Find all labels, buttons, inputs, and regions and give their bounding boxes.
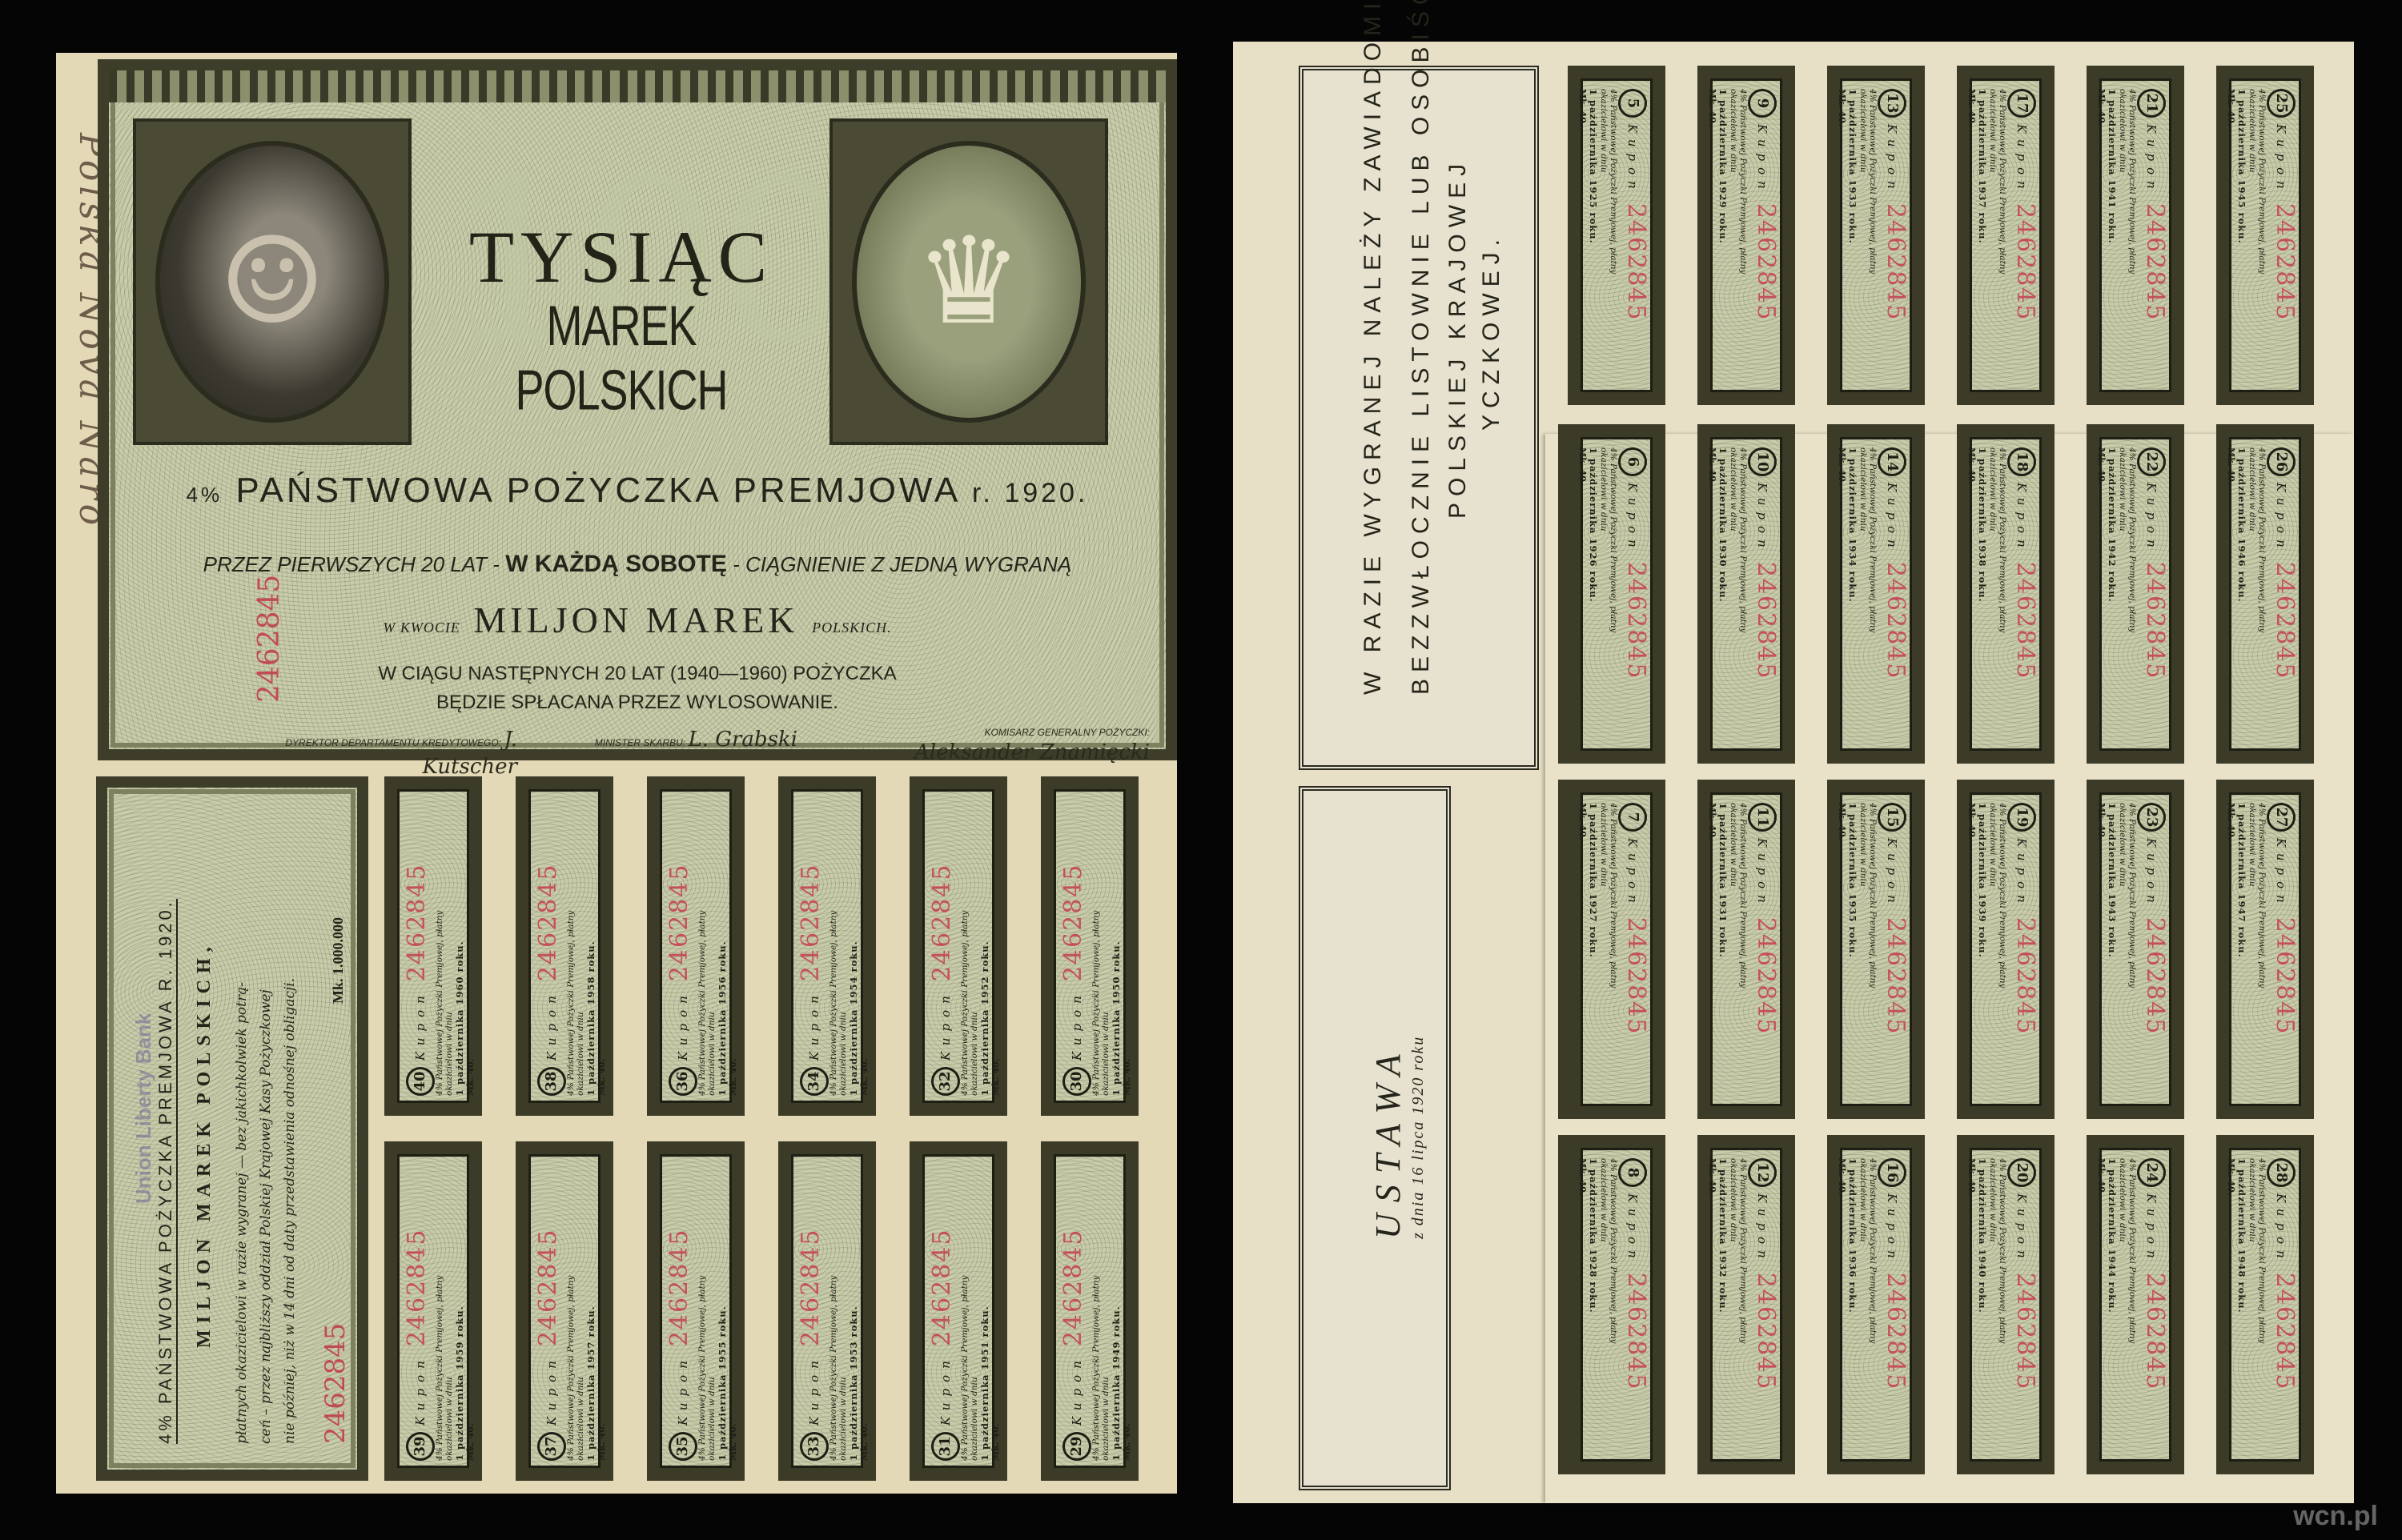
coupon-text: okazicielowi w dniu <box>1599 447 1609 680</box>
coupon-text: okazicielowi w dniu <box>1988 1158 1998 1390</box>
coupon-label: Kupon <box>2144 1193 2159 1265</box>
coupon-serial: 2462845 <box>1752 203 1780 322</box>
crowned-eagle-icon: ♛ <box>915 222 1022 342</box>
coupon-label: Kupon <box>2014 1193 2029 1265</box>
coupon-date: 1 października 1927 roku. <box>1588 803 1599 1035</box>
coupon-date: 1 października 1944 roku. <box>2107 1158 2118 1390</box>
coupon-number: 39 <box>406 1432 435 1461</box>
denomination-subtitle: MAREK POLSKICH <box>445 294 797 423</box>
signature-loan-commissioner: KOMISARZ GENERALNY POŻYCZKI: Aleksander … <box>878 727 1150 766</box>
coupon-number: 35 <box>669 1432 697 1461</box>
coupon-date: 1 października 1960 roku. <box>454 864 465 1096</box>
coupon-label: Kupon <box>2274 483 2288 554</box>
coupon-10: 10Kupon24628454% Państwowej Pożyczki Pre… <box>1697 424 1795 764</box>
coupon-34: 34Kupon24628454% Państwowej Pożyczki Pre… <box>778 776 876 1116</box>
coupon-value: Mk. 40. <box>1966 803 1977 1035</box>
coupon-text: okazicielowi w dniu <box>1858 447 1868 680</box>
coupon-date: 1 października 1950 roku. <box>1111 864 1122 1096</box>
signature-treasury-minister: MINISTER SKARBU: L. Grabski <box>557 727 797 754</box>
coupon-serial: 2462845 <box>2011 203 2039 322</box>
coupon-value: Mk. 40. <box>728 864 738 1096</box>
coupon-date: 1 października 1925 roku. <box>1588 89 1599 321</box>
coupon-number: 15 <box>1878 803 1906 832</box>
coupon-value: Mk. 40. <box>728 1229 738 1461</box>
coupon-text: 4% Państwowej Pożyczki Premjowej, płatny <box>566 1229 576 1461</box>
stub-text-line: nie później, niż w 14 dni od daty przeds… <box>282 978 298 1444</box>
notice-line: BEZZWŁOCZNIE LISTOWNIE LUB OSOBIŚCIE <box>1408 0 1435 695</box>
coupon-serial: 2462845 <box>797 1229 825 1347</box>
coupon-value: Mk. 40. <box>859 864 870 1096</box>
coupon-value: Mk. 40. <box>2226 803 2236 1035</box>
coupon-text: 4% Państwowej Pożyczki Premjowej, płatny <box>2257 1158 2267 1390</box>
coupon-number: 23 <box>2137 803 2166 832</box>
coupon-15: 15Kupon24628454% Państwowej Pożyczki Pre… <box>1827 780 1925 1119</box>
coupon-number: 20 <box>2007 1158 2036 1187</box>
law-panel: USTAWA z dnia 16 lipca 1920 roku <box>1299 786 1451 1490</box>
coupon-7: 7Kupon24628454% Państwowej Pożyczki Prem… <box>1568 780 1665 1119</box>
coupon-value: Mk. 40. <box>465 1229 476 1461</box>
coupon-number: 18 <box>2007 447 2036 476</box>
coupon-text: 4% Państwowej Pożyczki Premjowej, płatny <box>2257 89 2267 321</box>
coupon-value: Mk. 40. <box>2096 447 2107 680</box>
coupon-value: Mk. 40. <box>1577 803 1588 1035</box>
coupon-number: 37 <box>537 1432 566 1461</box>
coupon-number: 33 <box>800 1432 829 1461</box>
coupon-text: 4% Państwowej Pożyczki Premjowej, płatny <box>829 864 838 1096</box>
coupon-value: Mk. 40. <box>1577 1158 1588 1390</box>
coupon-date: 1 października 1941 roku. <box>2107 89 2118 321</box>
coupon-text: okazicielowi w dniu <box>1599 89 1609 321</box>
eagle-medallion: ♛ <box>829 118 1108 445</box>
coupon-text: okazicielowi w dniu <box>1729 447 1738 680</box>
coupon-date: 1 października 1945 roku. <box>2236 89 2247 321</box>
coupon-text: 4% Państwowej Pożyczki Premjowej, płatny <box>1998 89 2007 321</box>
coupon-date: 1 października 1951 roku. <box>979 1229 990 1461</box>
coupon-serial: 2462845 <box>534 864 562 982</box>
coupon-text: 4% Państwowej Pożyczki Premjowej, płatny <box>1998 1158 2007 1390</box>
coupon-label: Kupon <box>676 989 690 1061</box>
coupon-value: Mk. 40. <box>1966 89 1977 321</box>
coupon-value: Mk. 40. <box>596 864 607 1096</box>
coupon-number: 6 <box>1618 447 1647 476</box>
coupon-label: Kupon <box>2144 838 2159 909</box>
coupon-value: Mk. 40. <box>1707 803 1717 1035</box>
coupon-number: 30 <box>1062 1067 1091 1096</box>
coupon-value: Mk. 40. <box>1122 1229 1132 1461</box>
coupon-label: Kupon <box>1755 838 1769 909</box>
stub-text-line: ceń – przez najbliższy oddział Polskiej … <box>258 989 274 1444</box>
coupon-text: 4% Państwowej Pożyczki Premjowej, płatny <box>1738 803 1748 1035</box>
coupon-serial: 2462845 <box>1752 917 1780 1036</box>
coupon-number: 7 <box>1618 803 1647 832</box>
coupon-text: okazicielowi w dniu <box>2247 89 2257 321</box>
coupon-text: 4% Państwowej Pożyczki Premjowej, płatny <box>1609 1158 1618 1390</box>
coupon-label: Kupon <box>2274 1193 2288 1265</box>
coupon-21: 21Kupon24628454% Państwowej Pożyczki Pre… <box>2087 66 2184 405</box>
coupon-text: okazicielowi w dniu <box>1858 1158 1868 1390</box>
coupon-serial: 2462845 <box>1622 562 1650 680</box>
coupon-8: 8Kupon24628454% Państwowej Pożyczki Prem… <box>1568 1135 1665 1474</box>
coupon-date: 1 października 1942 roku. <box>2107 447 2118 680</box>
denomination-panel: 1000 TYSIĄC MAREK POLSKICH <box>445 118 797 439</box>
coupon-date: 1 października 1949 roku. <box>1111 1229 1122 1461</box>
coupon-text: 4% Państwowej Pożyczki Premjowej, płatny <box>697 1229 707 1461</box>
coupon-text: okazicielowi w dniu <box>2118 1158 2127 1390</box>
coupon-label: Kupon <box>2274 838 2288 909</box>
coupon-serial: 2462845 <box>1622 203 1650 322</box>
coupon-serial: 2462845 <box>665 1229 693 1347</box>
coupon-date: 1 października 1933 roku. <box>1847 89 1858 321</box>
coupon-label: Kupon <box>2144 483 2159 554</box>
law-date: z dnia 16 lipca 1920 roku <box>1409 1036 1428 1239</box>
coupon-number: 34 <box>800 1067 829 1096</box>
coupon-date: 1 października 1946 roku. <box>2236 447 2247 680</box>
coupon-text: okazicielowi w dniu <box>2118 447 2127 680</box>
coupon-value: Mk. 40. <box>2096 89 2107 321</box>
coupon-text: 4% Państwowej Pożyczki Premjowej, płatny <box>2127 1158 2137 1390</box>
coupon-serial: 2462845 <box>1882 917 1910 1036</box>
coupon-label: Kupon <box>413 989 428 1061</box>
coupon-33: 33Kupon24628454% Państwowej Pożyczki Pre… <box>778 1141 876 1481</box>
coupon-value: Mk. 40. <box>1577 447 1588 680</box>
coupon-text: okazicielowi w dniu <box>1101 1229 1111 1461</box>
stub-value: Mk. 1.000.000 <box>330 917 347 1004</box>
coupon-label: Kupon <box>544 1354 559 1426</box>
coupon-number: 16 <box>1878 1158 1906 1187</box>
coupon-date: 1 października 1938 roku. <box>1977 447 1988 680</box>
coupon-serial: 2462845 <box>1882 562 1910 680</box>
coupon-label: Kupon <box>1070 1354 1084 1426</box>
coupon-text: okazicielowi w dniu <box>2118 803 2127 1035</box>
loan-title: 4% PAŃSTWOWA POŻYCZKA PREMJOWA r. 1920. <box>109 471 1166 511</box>
coupon-text: 4% Państwowej Pożyczki Premjowej, płatny <box>1609 89 1618 321</box>
coupon-label: Kupon <box>1885 124 1899 195</box>
stub-title: 4% PAŃSTWOWA POŻYCZKA PREMJOWA R. 1920. <box>155 899 178 1444</box>
coupon-label: Kupon <box>938 1354 953 1426</box>
coupon-23: 23Kupon24628454% Państwowej Pożyczki Pre… <box>2087 780 2184 1119</box>
site-watermark: wcn.pl <box>2293 1501 2378 1532</box>
coupon-text: 4% Państwowej Pożyczki Premjowej, płatny <box>1998 447 2007 680</box>
coupon-label: Kupon <box>1070 989 1084 1061</box>
coupon-number: 22 <box>2137 447 2166 476</box>
bond-stub: Union Liberty Bank 4% PAŃSTWOWA POŻYCZKA… <box>96 776 368 1481</box>
notice-line: YCZKOWEJ. <box>1478 233 1505 431</box>
coupon-number: 5 <box>1618 89 1647 118</box>
coupon-serial: 2462845 <box>403 864 431 982</box>
coupon-value: Mk. 40. <box>1837 1158 1847 1390</box>
coupon-text: okazicielowi w dniu <box>970 1229 979 1461</box>
bond-front-sheet: Polska Nova Naro ☺ 1000 TYSIĄC MAREK POL… <box>56 53 1177 1494</box>
coupon-date: 1 października 1932 roku. <box>1717 1158 1729 1390</box>
coupon-text: okazicielowi w dniu <box>1101 864 1111 1096</box>
bond-back-sheet: W RAZIE WYGRANEJ NALEŻY ZAWIADOMIĆ BEZZW… <box>1233 42 2354 1503</box>
coupon-26: 26Kupon24628454% Państwowej Pożyczki Pre… <box>2216 424 2314 764</box>
coupon-31: 31Kupon24628454% Państwowej Pożyczki Pre… <box>910 1141 1007 1481</box>
coupon-number: 38 <box>537 1067 566 1096</box>
coupon-label: Kupon <box>676 1354 690 1426</box>
coupon-text: 4% Państwowej Pożyczki Premjowej, płatny <box>2127 803 2137 1035</box>
coupon-serial: 2462845 <box>2011 917 2039 1036</box>
coupon-serial: 2462845 <box>2141 1273 2169 1391</box>
coupon-text: 4% Państwowej Pożyczki Premjowej, płatny <box>1738 89 1748 321</box>
winning-notice-panel: W RAZIE WYGRANEJ NALEŻY ZAWIADOMIĆ BEZZW… <box>1299 66 1539 770</box>
coupon-date: 1 października 1936 roku. <box>1847 1158 1858 1390</box>
coupon-text: 4% Państwowej Pożyczki Premjowej, płatny <box>1998 803 2007 1035</box>
coupon-date: 1 października 1930 roku. <box>1717 447 1729 680</box>
coupon-29: 29Kupon24628454% Państwowej Pożyczki Pre… <box>1041 1141 1139 1481</box>
coupon-text: 4% Państwowej Pożyczki Premjowej, płatny <box>1091 1229 1101 1461</box>
coupon-text: okazicielowi w dniu <box>1599 803 1609 1035</box>
main-certificate: ☺ 1000 TYSIĄC MAREK POLSKICH ♛ 4% PAŃSTW… <box>98 59 1177 760</box>
coupon-number: 28 <box>2267 1158 2296 1187</box>
coupon-38: 38Kupon24628454% Państwowej Pożyczki Pre… <box>516 776 613 1116</box>
coupon-label: Kupon <box>1885 838 1899 909</box>
coupon-text: okazicielowi w dniu <box>1858 89 1868 321</box>
stub-text-line: płatnych okazicielowi w razie wygranej —… <box>234 982 250 1444</box>
coupon-value: Mk. 40. <box>2226 1158 2236 1390</box>
coupon-text: okazicielowi w dniu <box>2118 89 2127 321</box>
coupon-text: 4% Państwowej Pożyczki Premjowej, płatny <box>1868 1158 1878 1390</box>
coupon-text: okazicielowi w dniu <box>1729 803 1738 1035</box>
coupon-date: 1 października 1954 roku. <box>848 864 859 1096</box>
coupon-date: 1 października 1929 roku. <box>1717 89 1729 321</box>
coupon-label: Kupon <box>1625 1193 1640 1265</box>
coupon-text: okazicielowi w dniu <box>1599 1158 1609 1390</box>
coupon-value: Mk. 40. <box>1837 89 1847 321</box>
coupon-serial: 2462845 <box>2141 917 2169 1036</box>
coupon-text: okazicielowi w dniu <box>1858 803 1868 1035</box>
coupon-text: 4% Państwowej Pożyczki Premjowej, płatny <box>1868 89 1878 321</box>
coupon-date: 1 października 1939 roku. <box>1977 803 1988 1035</box>
coupon-text: 4% Państwowej Pożyczki Premjowej, płatny <box>2257 803 2267 1035</box>
coupon-date: 1 października 1958 roku. <box>585 864 596 1096</box>
coupon-date: 1 października 1926 roku. <box>1588 447 1599 680</box>
coupon-value: Mk. 40. <box>1966 1158 1977 1390</box>
coupon-label: Kupon <box>807 1354 821 1426</box>
coupon-number: 17 <box>2007 89 2036 118</box>
coupon-11: 11Kupon24628454% Państwowej Pożyczki Pre… <box>1697 780 1795 1119</box>
signature-credit-director: DYREKTOR DEPARTAMENTU KREDYTOWEGO: J. Ku… <box>261 727 517 781</box>
coupon-text: 4% Państwowej Pożyczki Premjowej, płatny <box>829 1229 838 1461</box>
coupon-text: 4% Państwowej Pożyczki Premjowej, płatny <box>1868 803 1878 1035</box>
coupon-14: 14Kupon24628454% Państwowej Pożyczki Pre… <box>1827 424 1925 764</box>
coupon-number: 29 <box>1062 1432 1091 1461</box>
coupon-39: 39Kupon24628454% Państwowej Pożyczki Pre… <box>384 1141 482 1481</box>
coupon-label: Kupon <box>1755 124 1769 195</box>
coupon-text: 4% Państwowej Pożyczki Premjowej, płatny <box>960 1229 970 1461</box>
coupon-serial: 2462845 <box>534 1229 562 1347</box>
coupon-date: 1 października 1956 roku. <box>717 864 728 1096</box>
coupon-value: Mk. 40. <box>1122 864 1132 1096</box>
coupon-value: Mk. 40. <box>990 864 1001 1096</box>
coupon-5: 5Kupon24628454% Państwowej Pożyczki Prem… <box>1568 66 1665 405</box>
coupon-text: 4% Państwowej Pożyczki Premjowej, płatny <box>1738 447 1748 680</box>
bank-stamp: Union Liberty Bank <box>131 1013 156 1204</box>
coupon-text: 4% Państwowej Pożyczki Premjowej, płatny <box>960 864 970 1096</box>
coupon-serial: 2462845 <box>928 864 956 982</box>
coupon-number: 32 <box>931 1067 960 1096</box>
coupon-label: Kupon <box>2014 838 2029 909</box>
coupon-value: Mk. 40. <box>1837 447 1847 680</box>
serial-number: 2462845 <box>253 575 286 703</box>
coupon-text: okazicielowi w dniu <box>1988 803 1998 1035</box>
coupon-value: Mk. 40. <box>2226 447 2236 680</box>
coupon-value: Mk. 40. <box>859 1229 870 1461</box>
coupon-date: 1 października 1935 roku. <box>1847 803 1858 1035</box>
coupon-label: Kupon <box>1755 483 1769 554</box>
coupon-text: 4% Państwowej Pożyczki Premjowej, płatny <box>435 1229 444 1461</box>
coupon-serial: 2462845 <box>1622 1273 1650 1391</box>
coupon-40: 40Kupon24628454% Państwowej Pożyczki Pre… <box>384 776 482 1116</box>
coupon-label: Kupon <box>1625 483 1640 554</box>
coupon-number: 40 <box>406 1067 435 1096</box>
denomination-title: TYSIĄC <box>445 215 797 299</box>
stub-amount: MILJON MAREK POLSKICH, <box>194 940 215 1348</box>
coupon-text: 4% Państwowej Pożyczki Premjowej, płatny <box>2127 447 2137 680</box>
coupon-label: Kupon <box>1885 1193 1899 1265</box>
coupon-text: okazicielowi w dniu <box>2247 1158 2257 1390</box>
coupon-serial: 2462845 <box>1882 203 1910 322</box>
coupon-text: okazicielowi w dniu <box>1729 1158 1738 1390</box>
coupon-label: Kupon <box>1625 124 1640 195</box>
coupon-serial: 2462845 <box>1752 1273 1780 1391</box>
coupon-label: Kupon <box>807 989 821 1061</box>
coupon-value: Mk. 40. <box>2226 89 2236 321</box>
coupon-number: 36 <box>669 1067 697 1096</box>
coupon-label: Kupon <box>2274 124 2288 195</box>
coupon-text: okazicielowi w dniu <box>838 1229 848 1461</box>
coupon-serial: 2462845 <box>1059 1229 1087 1347</box>
coupon-value: Mk. 40. <box>1966 447 1977 680</box>
coupon-date: 1 października 1955 roku. <box>717 1229 728 1461</box>
portrait-medallion: ☺ <box>133 118 412 445</box>
coupon-text: okazicielowi w dniu <box>707 1229 717 1461</box>
coupon-16: 16Kupon24628454% Państwowej Pożyczki Pre… <box>1827 1135 1925 1474</box>
coupon-32: 32Kupon24628454% Państwowej Pożyczki Pre… <box>910 776 1007 1116</box>
coupon-20: 20Kupon24628454% Państwowej Pożyczki Pre… <box>1957 1135 2055 1474</box>
coupon-text: okazicielowi w dniu <box>838 864 848 1096</box>
coupon-text: okazicielowi w dniu <box>1988 447 1998 680</box>
coupon-serial: 2462845 <box>1882 1273 1910 1391</box>
coupon-label: Kupon <box>544 989 559 1061</box>
coupon-12: 12Kupon24628454% Państwowej Pożyczki Pre… <box>1697 1135 1795 1474</box>
coupon-28: 28Kupon24628454% Państwowej Pożyczki Pre… <box>2216 1135 2314 1474</box>
coupon-number: 14 <box>1878 447 1906 476</box>
coupon-text: 4% Państwowej Pożyczki Premjowej, płatny <box>2127 89 2137 321</box>
coupon-serial: 2462845 <box>2141 203 2169 322</box>
coupon-serial: 2462845 <box>2011 562 2039 680</box>
coupon-serial: 2462845 <box>1752 562 1780 680</box>
coupon-serial: 2462845 <box>2271 917 2299 1036</box>
coupon-serial: 2462845 <box>1622 917 1650 1036</box>
coupon-number: 13 <box>1878 89 1906 118</box>
coupon-label: Kupon <box>2144 124 2159 195</box>
coupon-text: 4% Państwowej Pożyczki Premjowej, płatny <box>2257 447 2267 680</box>
stub-serial-number: 2462845 <box>319 1323 351 1444</box>
coupon-label: Kupon <box>2014 124 2029 195</box>
coupon-number: 26 <box>2267 447 2296 476</box>
coupon-value: Mk. 40. <box>2096 1158 2107 1390</box>
coupon-22: 22Kupon24628454% Państwowej Pożyczki Pre… <box>2087 424 2184 764</box>
notice-line: W RAZIE WYGRANEJ NALEŻY ZAWIADOMIĆ <box>1360 0 1387 695</box>
coupon-number: 27 <box>2267 803 2296 832</box>
coupon-date: 1 października 1947 roku. <box>2236 803 2247 1035</box>
coupon-value: Mk. 40. <box>465 864 476 1096</box>
coupon-text: 4% Państwowej Pożyczki Premjowej, płatny <box>697 864 707 1096</box>
coupon-text: okazicielowi w dniu <box>1729 89 1738 321</box>
coupon-serial: 2462845 <box>2271 1273 2299 1391</box>
coupon-37: 37Kupon24628454% Państwowej Pożyczki Pre… <box>516 1141 613 1481</box>
coupon-serial: 2462845 <box>797 864 825 982</box>
coupon-value: Mk. 40. <box>1837 803 1847 1035</box>
coupon-number: 11 <box>1748 803 1777 832</box>
coupon-27: 27Kupon24628454% Państwowej Pożyczki Pre… <box>2216 780 2314 1119</box>
coupon-number: 21 <box>2137 89 2166 118</box>
coupon-number: 10 <box>1748 447 1777 476</box>
coupon-18: 18Kupon24628454% Państwowej Pożyczki Pre… <box>1957 424 2055 764</box>
coupon-text: okazicielowi w dniu <box>444 1229 454 1461</box>
coupon-number: 12 <box>1748 1158 1777 1187</box>
coupon-serial: 2462845 <box>1059 864 1087 982</box>
coupon-text: 4% Państwowej Pożyczki Premjowej, płatny <box>435 864 444 1096</box>
coupon-number: 24 <box>2137 1158 2166 1187</box>
coupon-text: okazicielowi w dniu <box>1988 89 1998 321</box>
coupon-36: 36Kupon24628454% Państwowej Pożyczki Pre… <box>647 776 745 1116</box>
coupon-text: 4% Państwowej Pożyczki Premjowej, płatny <box>1091 864 1101 1096</box>
coupon-serial: 2462845 <box>2011 1273 2039 1391</box>
coupon-value: Mk. 40. <box>1707 89 1717 321</box>
coupon-text: 4% Państwowej Pożyczki Premjowej, płatny <box>566 864 576 1096</box>
coupon-text: 4% Państwowej Pożyczki Premjowej, płatny <box>1738 1158 1748 1390</box>
coupon-value: Mk. 40. <box>1577 89 1588 321</box>
coupon-date: 1 października 1957 roku. <box>585 1229 596 1461</box>
coupon-text: okazicielowi w dniu <box>970 864 979 1096</box>
coupon-number: 9 <box>1748 89 1777 118</box>
coupon-label: Kupon <box>413 1354 428 1426</box>
coupon-serial: 2462845 <box>2141 562 2169 680</box>
coupon-serial: 2462845 <box>2271 562 2299 680</box>
coupon-label: Kupon <box>938 989 953 1061</box>
coupon-date: 1 października 1952 roku. <box>979 864 990 1096</box>
law-title: USTAWA <box>1368 1043 1408 1239</box>
coupon-label: Kupon <box>1625 838 1640 909</box>
coupon-text: okazicielowi w dniu <box>2247 803 2257 1035</box>
coupon-19: 19Kupon24628454% Państwowej Pożyczki Pre… <box>1957 780 2055 1119</box>
coupon-13: 13Kupon24628454% Państwowej Pożyczki Pre… <box>1827 66 1925 405</box>
coupon-serial: 2462845 <box>665 864 693 982</box>
coupon-label: Kupon <box>2014 483 2029 554</box>
coupon-date: 1 października 1928 roku. <box>1588 1158 1599 1390</box>
coupon-25: 25Kupon24628454% Państwowej Pożyczki Pre… <box>2216 66 2314 405</box>
ornamental-border <box>109 70 1166 102</box>
coupon-value: Mk. 40. <box>990 1229 1001 1461</box>
coupon-value: Mk. 40. <box>596 1229 607 1461</box>
coupon-9: 9Kupon24628454% Państwowej Pożyczki Prem… <box>1697 66 1795 405</box>
coupon-30: 30Kupon24628454% Państwowej Pożyczki Pre… <box>1041 776 1139 1116</box>
coupon-value: Mk. 40. <box>1707 1158 1717 1390</box>
coupon-date: 1 października 1959 roku. <box>454 1229 465 1461</box>
coupon-text: okazicielowi w dniu <box>707 864 717 1096</box>
coupon-text: okazicielowi w dniu <box>444 864 454 1096</box>
coupon-serial: 2462845 <box>928 1229 956 1347</box>
coupon-label: Kupon <box>1885 483 1899 554</box>
coupon-text: okazicielowi w dniu <box>576 864 585 1096</box>
coupon-date: 1 października 1948 roku. <box>2236 1158 2247 1390</box>
coupon-number: 19 <box>2007 803 2036 832</box>
coupon-date: 1 października 1934 roku. <box>1847 447 1858 680</box>
coupon-date: 1 października 1940 roku. <box>1977 1158 1988 1390</box>
coupon-text: 4% Państwowej Pożyczki Premjowej, płatny <box>1609 447 1618 680</box>
